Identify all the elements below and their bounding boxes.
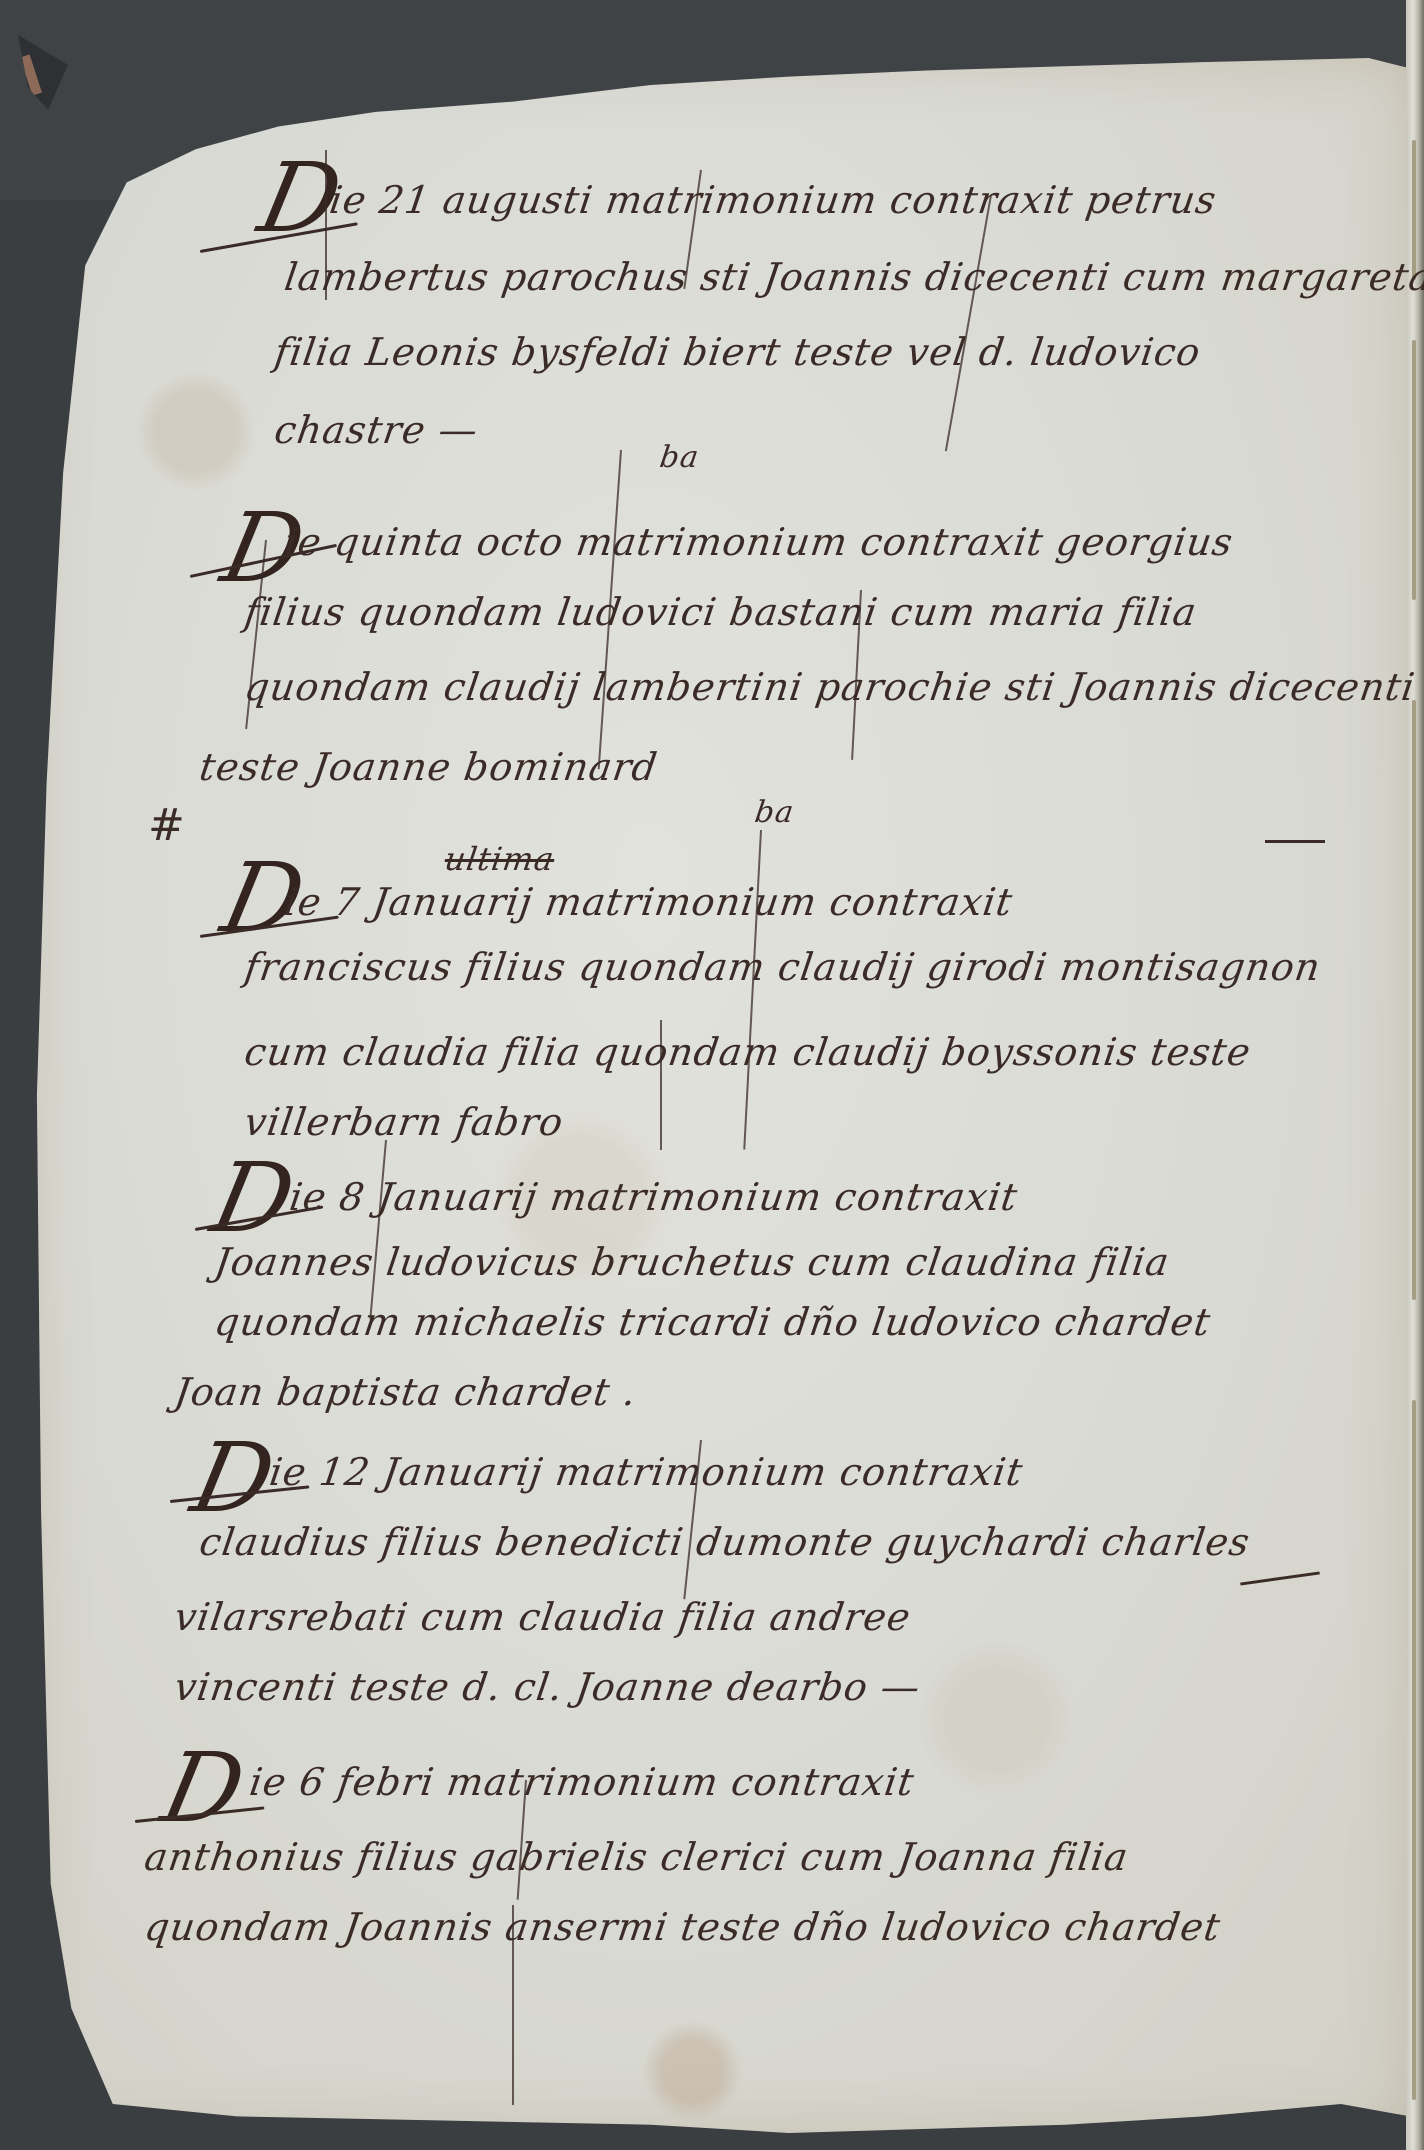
entry-line: ie 21 augusti matrimonium contraxit petr… bbox=[327, 178, 1220, 222]
descender-stroke bbox=[945, 195, 992, 451]
entry-line: quondam claudij lambertini parochie sti … bbox=[242, 665, 1418, 709]
entry-line: claudius filius benedicti dumonte guycha… bbox=[197, 1520, 1253, 1564]
interlinear-insertion: ba bbox=[658, 440, 702, 475]
entry-line: anthonius filius gabrielis clerici cum J… bbox=[142, 1835, 1131, 1879]
interlinear-insertion: ba bbox=[753, 795, 797, 830]
entry-line: Joan baptista chardet . bbox=[172, 1370, 640, 1414]
entry-line: franciscus filius quondam claudij girodi… bbox=[242, 945, 1324, 989]
descender-stroke bbox=[743, 830, 762, 1150]
descender-stroke bbox=[369, 1140, 387, 1319]
struck-word: ultima bbox=[442, 840, 557, 878]
entry-line: quondam michaelis tricardi dño ludovico … bbox=[212, 1300, 1214, 1344]
entry-line: lambertus parochus sti Joannis dicecenti… bbox=[282, 255, 1424, 299]
entry-initial: D bbox=[155, 1740, 252, 1836]
entry-line: vincenti teste d. cl. Joanne dearbo — bbox=[172, 1665, 923, 1709]
entry-line: teste Joanne bominard bbox=[197, 745, 661, 789]
entry-line: ie quinta octo matrimonium contraxit geo… bbox=[282, 520, 1236, 564]
entry-initial: D bbox=[205, 1150, 302, 1246]
descender-stroke bbox=[660, 1020, 662, 1150]
manuscript-text: D ie 21 augusti matrimonium contraxit pe… bbox=[0, 0, 1424, 2150]
line-end-dash bbox=[1240, 1571, 1320, 1585]
entry-line: quondam Joannis ansermi teste dño ludovi… bbox=[142, 1905, 1224, 1949]
entry-line: ie 12 Januarij matrimonium contraxit bbox=[267, 1450, 1026, 1494]
margin-mark-hash: # bbox=[148, 800, 185, 851]
line-end-dash bbox=[1265, 840, 1325, 843]
entry-line: villerbarn fabro bbox=[242, 1100, 567, 1144]
entry-initial: D bbox=[185, 1430, 282, 1526]
entry-line: ie 7 Januarij matrimonium contraxit bbox=[282, 880, 1016, 924]
entry-line: Joannes ludovicus bruchetus cum claudina… bbox=[212, 1240, 1173, 1284]
entry-line: filius quondam ludovici bastani cum mari… bbox=[242, 590, 1200, 634]
entry-line: vilarsrebati cum claudia filia andree bbox=[172, 1595, 914, 1639]
entry-line: filia Leonis bysfeldi biert teste vel d.… bbox=[272, 330, 1204, 374]
entry-line: chastre — bbox=[272, 408, 481, 452]
entry-line: ie 8 Januarij matrimonium contraxit bbox=[287, 1175, 1021, 1219]
descender-stroke bbox=[512, 1905, 514, 2105]
entry-line: ie 6 febri matrimonium contraxit bbox=[247, 1760, 917, 1804]
